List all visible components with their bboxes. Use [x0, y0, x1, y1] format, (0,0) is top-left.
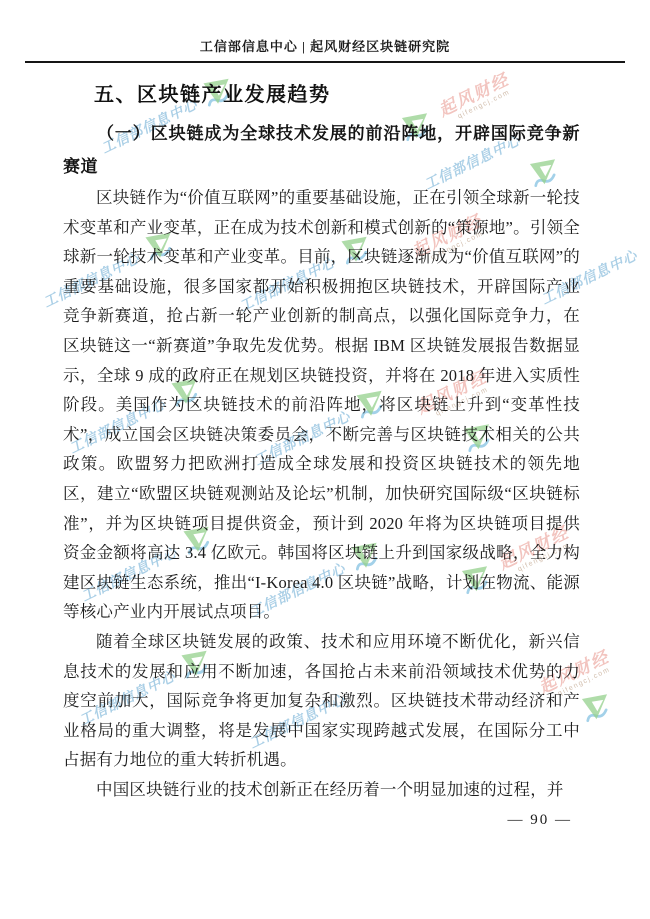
paragraph-global-trend: 区块链作为“价值互联网”的重要基础设施，正在引领全球新一轮技术变革和产业变革，正…	[63, 183, 580, 627]
paragraph-china-innovation: 中国区块链行业的技术创新正在经历着一个明显加速的过程，并	[63, 775, 580, 805]
subsection-title: （一）区块链成为全球技术发展的前沿阵地，开辟国际竞争新赛道	[63, 117, 580, 183]
document-page: 工信部信息中心 起风财经qifengcj.com工信部信息中心 工信部信息中心 …	[0, 0, 650, 919]
document-body: 五、区块链产业发展趋势 （一）区块链成为全球技术发展的前沿阵地，开辟国际竞争新赛…	[63, 78, 580, 804]
page-number: — 90 —	[0, 812, 572, 829]
document-content: 工信部信息中心 | 起风财经区块链研究院 五、区块链产业发展趋势 （一）区块链成…	[0, 0, 650, 829]
header-org-title: 工信部信息中心 | 起风财经区块链研究院	[0, 36, 650, 55]
header-divider	[25, 61, 625, 63]
paragraph-competition: 随着全球区块链发展的政策、技术和应用环境不断优化，新兴信息技术的发展和应用不断加…	[63, 627, 580, 775]
section-title: 五、区块链产业发展趋势	[63, 78, 580, 107]
page-footer: — 90 —	[0, 812, 572, 829]
page-header: 工信部信息中心 | 起风财经区块链研究院	[0, 0, 650, 63]
